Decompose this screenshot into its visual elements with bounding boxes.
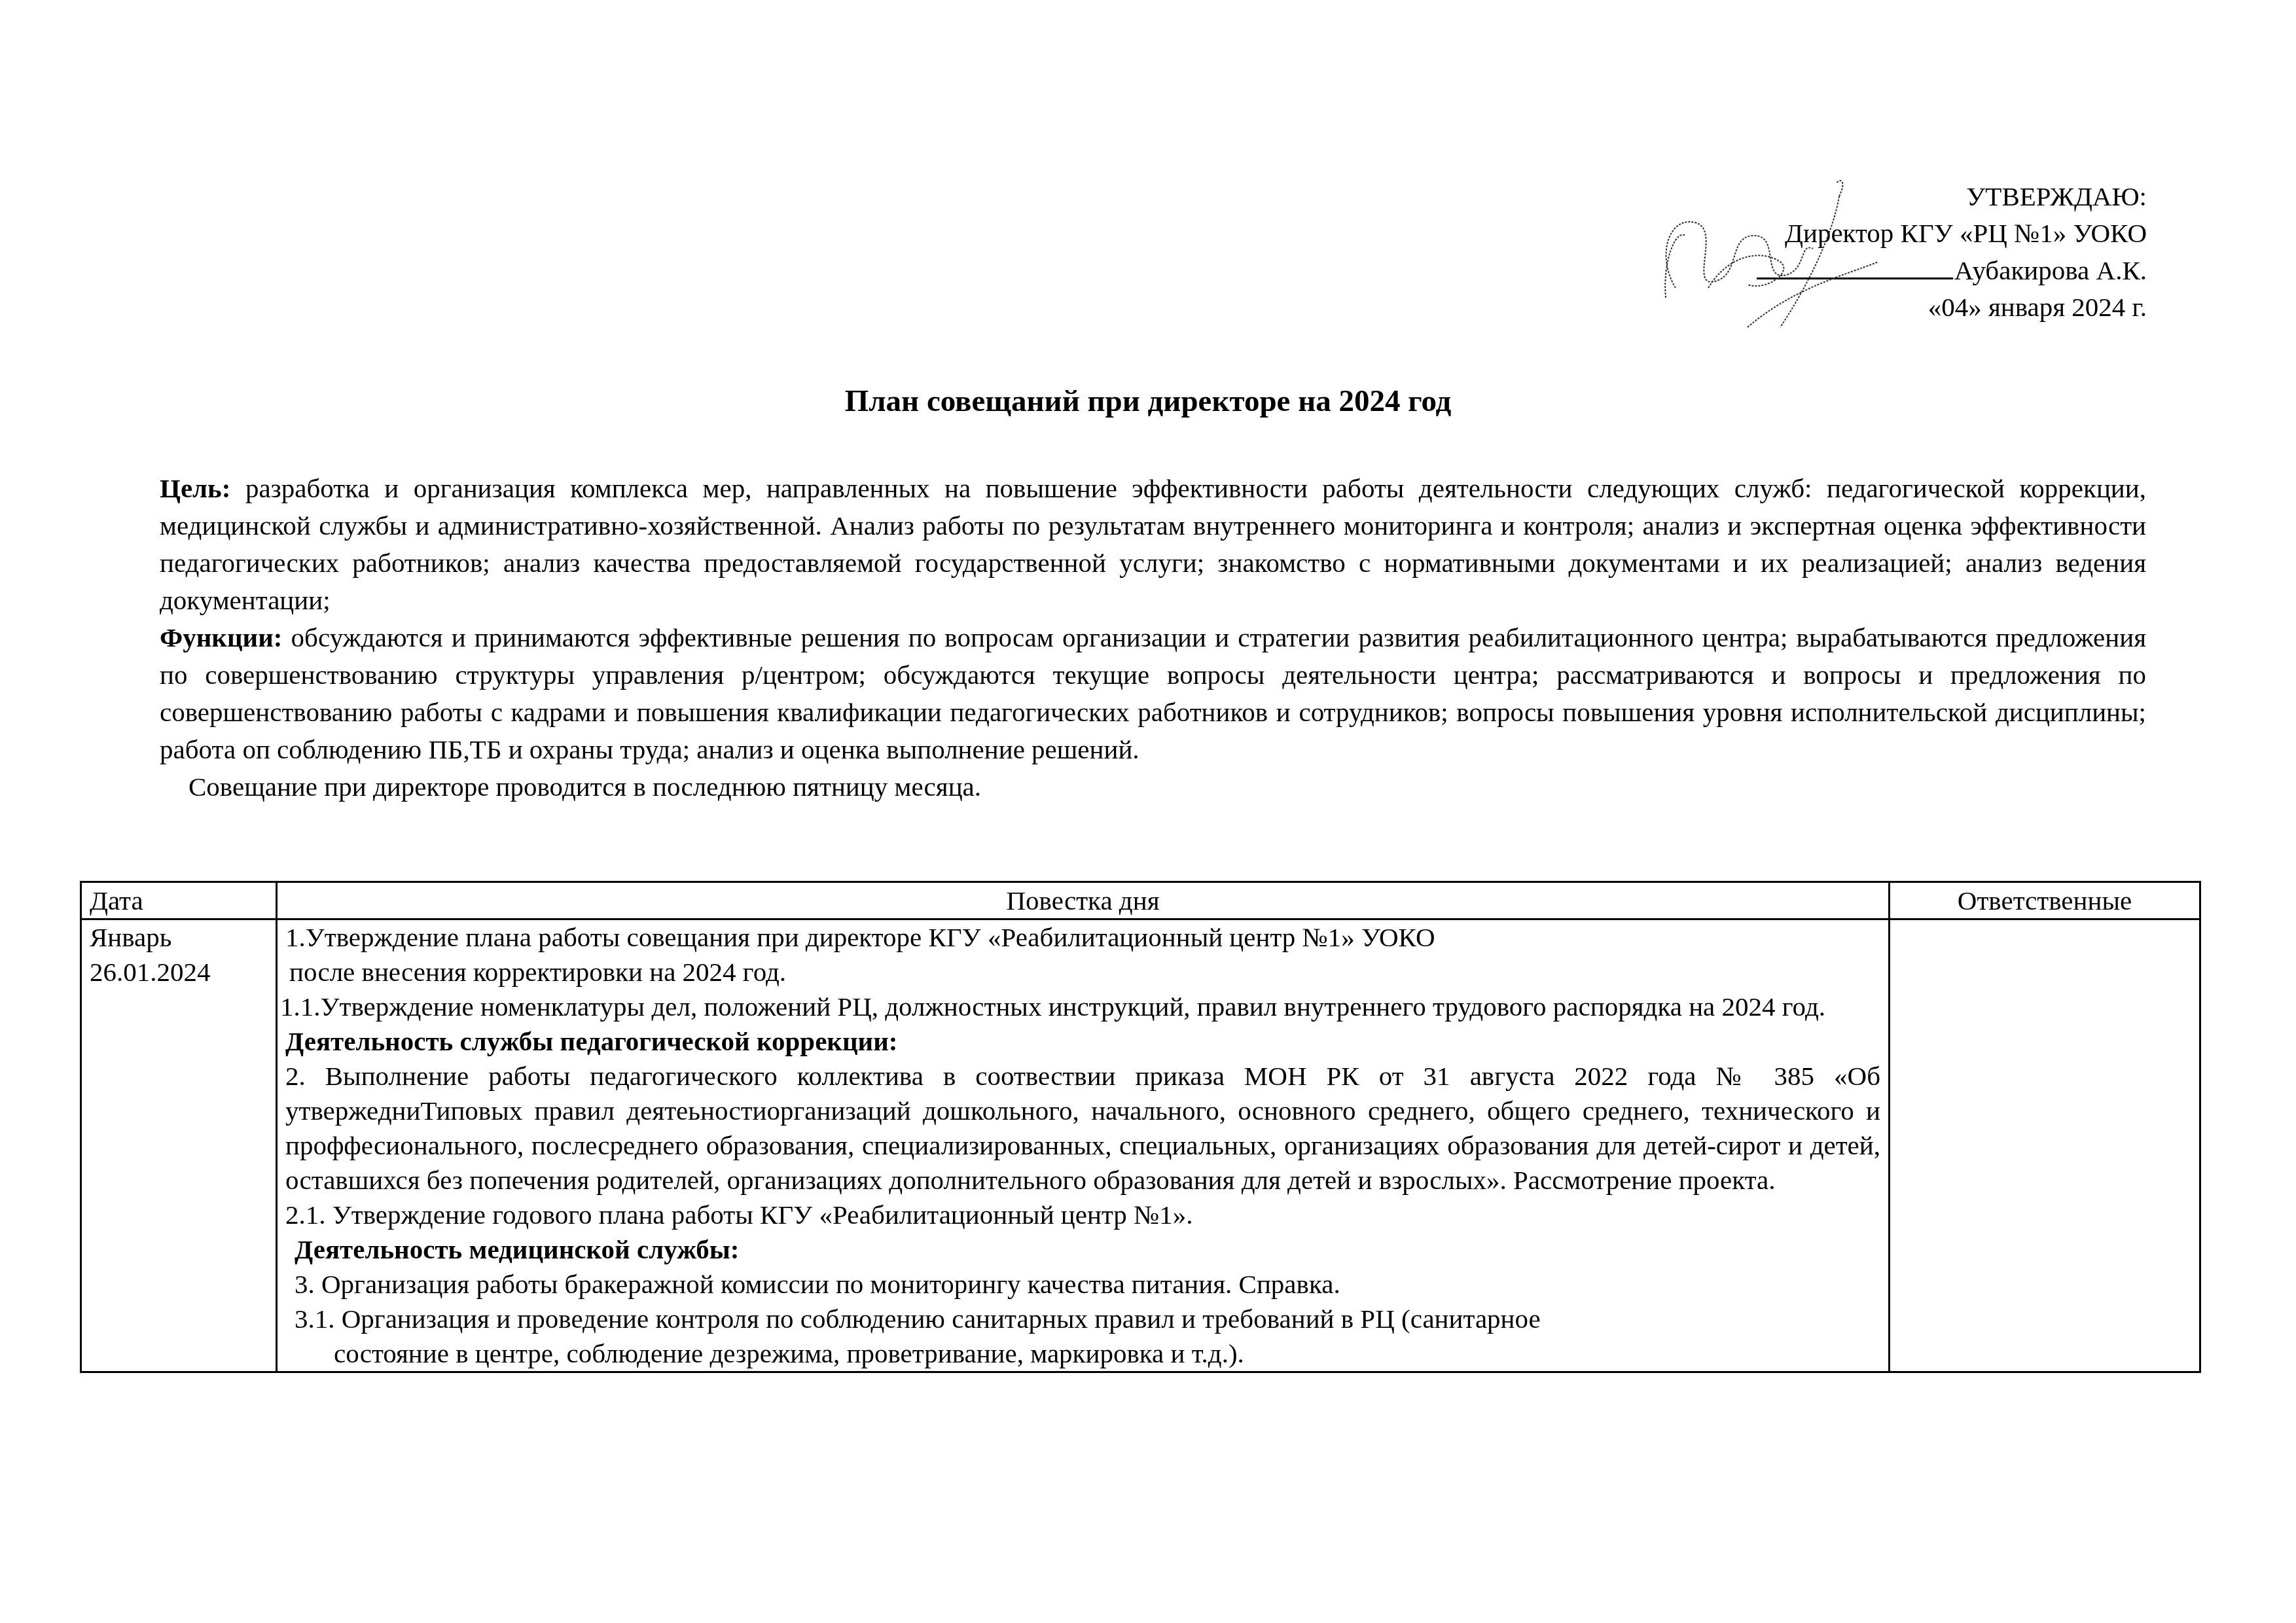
approval-name-line: Аубакирова А.К. [1757,251,2147,289]
agenda-item-2-1: 2.1. Утверждение годового плана работы К… [285,1198,1880,1232]
goal-label: Цель: [160,473,230,503]
agenda-item-2: 2. Выполнение работы педагогического кол… [285,1059,1880,1198]
section-pedagogical: Деятельность службы педагогической корре… [285,1024,1880,1059]
meeting-plan-table: Дата Повестка дня Ответственные Январь 2… [80,881,2201,1373]
header-responsible: Ответственные [1890,882,2200,919]
agenda-item-1-line1: 1.Утверждение плана работы совещания при… [285,922,1435,952]
approval-block: УТВЕРЖДАЮ: Директор КГУ «РЦ №1» УОКО Ауб… [1757,178,2147,325]
functions-paragraph: Функции: обсуждаются и принимаются эффек… [160,619,2146,768]
table-row: Январь 26.01.2024 1.Утверждение плана ра… [81,919,2200,1372]
section-medical: Деятельность медицинской службы: [285,1232,1880,1267]
intro-section: Цель: разработка и организация комплекса… [160,470,2146,806]
date-cell: Январь 26.01.2024 [81,919,277,1372]
agenda-item-3-1: 3.1. Организация и проведение контроля п… [285,1302,1880,1371]
approval-heading: УТВЕРЖДАЮ: [1757,178,2147,215]
functions-label: Функции: [160,622,282,652]
goal-paragraph: Цель: разработка и организация комплекса… [160,470,2146,619]
agenda-item-3-1-line2: состояние в центре, соблюдение дезрежима… [295,1336,1880,1371]
approval-position: Директор КГУ «РЦ №1» УОКО [1757,215,2147,251]
agenda-item-3-1-line1: 3.1. Организация и проведение контроля п… [295,1304,1541,1334]
approval-name: Аубакирова А.К. [1954,255,2147,285]
agenda-item-1-line2: после внесения корректировки на 2024 год… [285,957,786,987]
schedule-note: Совещание при директоре проводится в пос… [160,768,2146,806]
agenda-item-1-1: 1.1.Утверждение номенклатуры дел, положе… [280,990,1880,1024]
header-agenda: Повестка дня [277,882,1890,919]
goal-text: разработка и организация комплекса мер, … [160,473,2146,615]
agenda-item-3: 3. Организация работы бракеражной комисс… [285,1267,1880,1302]
row-date: 26.01.2024 [90,955,268,990]
row-month: Январь [90,920,268,955]
page-title: План совещаний при директоре на 2024 год [0,382,2296,421]
functions-text: обсуждаются и принимаются эффективные ре… [160,622,2146,764]
approval-date: «04» января 2024 г. [1757,289,2147,325]
agenda-cell: 1.Утверждение плана работы совещания при… [277,919,1890,1372]
header-date: Дата [81,882,277,919]
agenda-item-1: 1.Утверждение плана работы совещания при… [285,920,1880,990]
responsible-cell [1890,919,2200,1372]
table-header-row: Дата Повестка дня Ответственные [81,882,2200,919]
signature-line [1757,251,1953,279]
